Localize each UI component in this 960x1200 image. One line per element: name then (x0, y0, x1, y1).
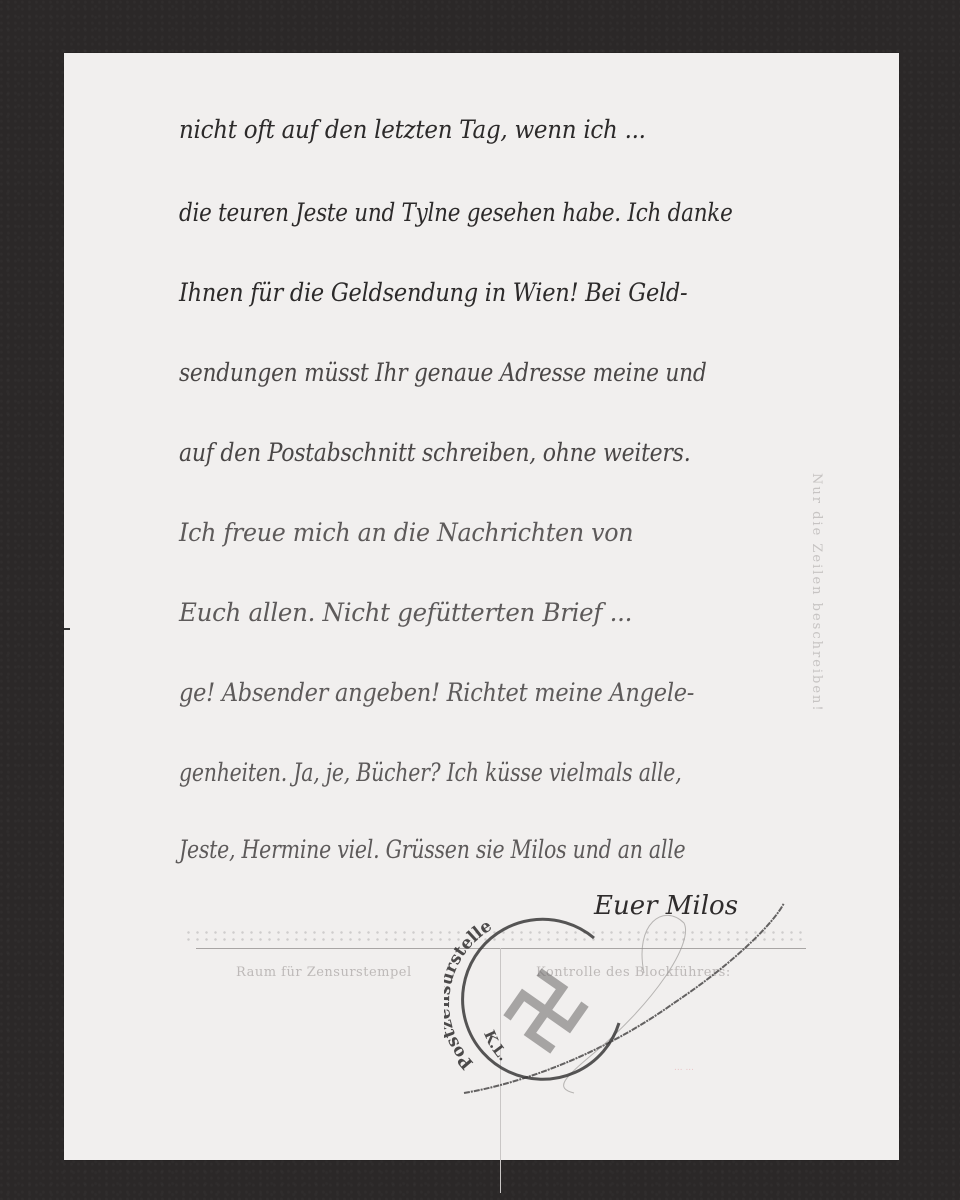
swastika-emblem-icon (507, 972, 585, 1050)
side-instruction: Nur die Zeilen beschreiben! (809, 473, 824, 713)
handwritten-line-9: genheiten. Ja, je, Bücher? Ich küsse vie… (179, 758, 681, 787)
postal-censorship-stamp: Postzensurstelle K.L. (444, 913, 624, 1093)
handwritten-line-3: Ihnen für die Geldsendung in Wien! Bei G… (179, 278, 687, 307)
handwritten-line-10: Jeste, Hermine viel. Grüssen sie Milos u… (179, 835, 685, 864)
handwritten-line-4: sendungen müsst Ihr genaue Adresse meine… (179, 358, 706, 387)
stamp-text-bottom: K.L. (480, 1027, 512, 1064)
svg-text:K.L.: K.L. (480, 1027, 512, 1064)
fold-mark (64, 628, 70, 630)
handwritten-line-8: ge! Absender angeben! Richtet meine Ange… (179, 678, 694, 707)
censor-stamp-space-label: Raum für Zensurstempel (236, 965, 412, 980)
letter-sheet: nicht oft auf den letzten Tag, wenn ich … (64, 53, 899, 1160)
handwritten-line-2: die teuren Jeste und Tylne gesehen habe.… (179, 198, 733, 227)
handwritten-line-6: Ich freue mich an die Nachrichten von (179, 518, 633, 547)
handwritten-line-7: Euch allen. Nicht gefütterten Brief ... (179, 598, 632, 627)
handwritten-line-1: nicht oft auf den letzten Tag, wenn ich … (179, 115, 646, 144)
faint-red-mark: ... ... (674, 1063, 784, 1103)
handwritten-line-5: auf den Postabschnitt schreiben, ohne we… (179, 438, 690, 467)
